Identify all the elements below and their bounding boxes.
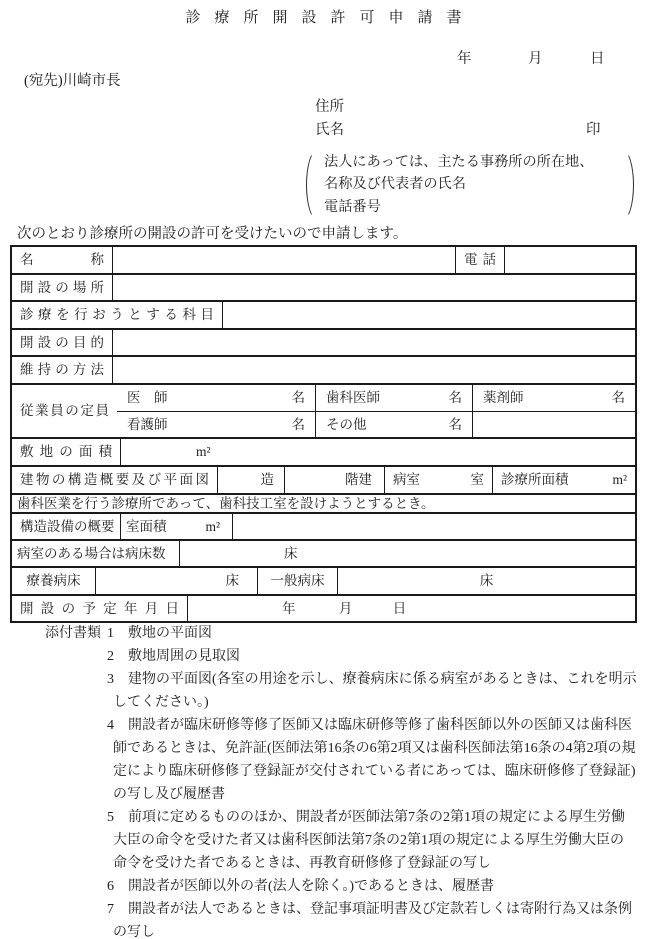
row-dental-note: 歯科医業を行う診療所であって、歯科技工室を設けようとするとき。 [12,493,635,512]
header-year-label: 年 [457,47,472,68]
dental-lab-note: 歯科医業を行う診療所であって、歯科技工室を設けようとするとき。 [12,495,635,512]
nurse-unit: 名 [292,412,306,437]
phone-input-cell[interactable] [504,247,635,273]
page-title: 診療所開設許可申請書 [0,6,647,27]
attachments-section: 添付書類 1敷地の平面図 2敷地周囲の見取図 3建物の平面図(各室の用途を示し、… [45,622,637,939]
dentist-label: 歯科医師 [326,385,380,411]
attachment-number: 1 [110,622,128,645]
purpose-input-cell[interactable] [112,330,635,355]
general-beds-label: 一般病床 [257,568,337,594]
attachment-number: 6 [110,875,128,898]
opening-date-input-cell[interactable]: 年 月 日 [187,596,635,621]
other-staff-count-cell[interactable]: その他 名 [315,412,472,437]
clinic-area-cell[interactable]: 診療所面積 m² [492,467,635,493]
location-label: 開設の場所 [12,275,112,300]
pharmacist-unit: 名 [612,385,626,411]
site-area-input-cell[interactable]: m² [120,439,635,465]
corporate-note-line: 法人にあっては、主たる事務所の所在地、 [324,151,620,173]
corporate-note-line: 電話番号 [324,196,620,218]
floors-suffix: 階建 [345,472,372,487]
site-area-label: 敷地の面積 [12,439,120,465]
pharmacist-label: 薬剤師 [483,385,524,411]
row-location: 開設の場所 [12,273,635,300]
staff-empty-cell [472,412,635,437]
nurse-count-cell[interactable]: 看護師 名 [117,412,315,437]
phone-label: 電話 [455,247,504,273]
attachment-number: 5 [110,806,128,829]
row-name: 名称 電話 [12,247,635,273]
attachment-text: 敷地周囲の見取図 [128,649,240,664]
facility-label: 構造設備の概要 [12,514,120,539]
staff-row-2: 看護師 名 その他 名 [117,411,635,437]
staff-grid: 医 師 名 歯科医師 名 薬剤師 名 看護師 名 [117,385,635,437]
maintenance-input-cell[interactable] [112,357,635,383]
building-ward-cell[interactable]: 病室 室 [384,467,492,493]
applicant-name-label: 氏名 [315,118,344,139]
attachment-item-5: 5前項に定めるもののほか、開設者が医師法第7条の2第1項の規定による厚生労働大臣… [45,806,637,875]
intro-sentence: 次のとおり診療所の開設の許可を受けたいので申請します。 [17,222,407,243]
facility-input-cell[interactable] [232,514,635,539]
building-floors-cell[interactable]: 階建 [284,467,384,493]
attachment-item-4: 4開設者が臨床研修等修了医師又は臨床研修等修了歯科医師以外の医師又は歯科医師であ… [45,714,637,806]
attachment-text: 開設者が医師以外の者(法人を除く。)であるときは、履歴書 [128,879,494,894]
header-month-label: 月 [528,47,543,68]
clinic-area-unit: m² [612,467,627,493]
building-structure-cell[interactable]: 造 [217,467,284,493]
name-input-cell[interactable] [112,247,455,273]
row-facility: 構造設備の概要 室面積 m² [12,512,635,539]
corporate-note-line: 名称及び代表者の氏名 [324,173,620,195]
care-beds-label: 療養病床 [12,568,95,594]
building-label: 建物の構造概要及び平面図 [12,467,217,493]
addressee: (宛先)川崎市長 [24,69,121,90]
care-beds-unit: 床 [226,573,240,588]
maintenance-label: 維持の方法 [12,357,112,383]
attachment-item-3: 3建物の平面図(各室の用途を示し、療養病床に係る病室があるときは、これを明示して… [45,668,637,714]
departments-input-cell[interactable] [222,302,635,328]
purpose-label: 開設の目的 [12,330,112,355]
nurse-label: 看護師 [127,412,168,437]
room-area-cell[interactable]: 室面積 m² [120,514,232,539]
attachment-text: 開設者が臨床研修等修了医師又は臨床研修等修了歯科医師以外の医師又は歯科医師である… [113,718,636,802]
room-area-unit: m² [205,514,220,539]
bed-count-unit: 床 [284,546,298,561]
application-form-page: 診療所開設許可申請書 年 月 日 (宛先)川崎市長 住所 氏名 印 法人にあって… [0,0,647,939]
attachment-number: 7 [110,898,128,921]
row-bed-types: 療養病床 床 一般病床 床 [12,566,635,594]
row-opening-date: 開設の予定年月日 年 月 日 [12,594,635,621]
general-beds-unit: 床 [480,573,494,588]
name-label: 名称 [12,247,112,273]
room-area-label: 室面積 [126,514,167,539]
corporate-note: 法人にあっては、主たる事務所の所在地、 名称及び代表者の氏名 電話番号 [324,151,620,218]
bed-count-label: 病室のある場合は病床数 [12,541,179,566]
attachment-number: 4 [110,714,128,737]
seal-mark: 印 [586,118,601,139]
address-label: 住所 [315,95,344,116]
row-bed-count: 病室のある場合は病床数 床 [12,539,635,566]
attachment-number: 3 [110,668,128,691]
attachment-number: 2 [110,645,128,668]
attachment-item-2: 2敷地周囲の見取図 [45,645,637,668]
site-area-unit: m² [196,444,211,459]
row-maintenance: 維持の方法 [12,355,635,383]
row-staff: 従業員の定員 医 師 名 歯科医師 名 薬剤師 名 [12,383,635,437]
row-departments: 診療を行おうとする科目 [12,300,635,328]
dentist-count-cell[interactable]: 歯科医師 名 [315,385,472,411]
structure-suffix: 造 [261,472,275,487]
location-input-cell[interactable] [112,275,635,300]
attachment-item-7: 7開設者が法人であるときは、登記事項証明書及び定款若しくは寄附行為又は条例の写し [45,898,637,939]
staff-row-1: 医 師 名 歯科医師 名 薬剤師 名 [117,385,635,411]
header-day-label: 日 [590,47,605,68]
row-building: 建物の構造概要及び平面図 造 階建 病室 室 診療所面積 m² [12,465,635,493]
form-table: 名称 電話 開設の場所 診療を行おうとする科目 開設の目的 維持の方法 従業員の… [10,245,637,623]
row-purpose: 開設の目的 [12,328,635,355]
general-beds-input-cell[interactable]: 床 [337,568,635,594]
row-site-area: 敷地の面積 m² [12,437,635,465]
pharmacist-count-cell[interactable]: 薬剤師 名 [472,385,635,411]
opening-day-label: 日 [393,601,407,616]
other-staff-label: その他 [326,412,367,437]
attachments-label: 添付書類 [45,622,101,645]
doctor-unit: 名 [292,385,306,411]
attachment-item-6: 6開設者が医師以外の者(法人を除く。)であるときは、履歴書 [45,875,637,898]
care-beds-input-cell[interactable]: 床 [95,568,257,594]
departments-label: 診療を行おうとする科目 [12,302,222,328]
opening-date-label: 開設の予定年月日 [12,596,187,621]
dentist-unit: 名 [449,385,463,411]
attachment-text: 前項に定めるもののほか、開設者が医師法第7条の2第1項の規定による厚生労働大臣の… [113,810,625,871]
attachment-text: 開設者が法人であるときは、登記事項証明書及び定款若しくは寄附行為又は条例の写し [113,902,632,939]
opening-year-label: 年 [282,601,296,616]
bed-count-input-cell[interactable]: 床 [179,541,635,566]
ward-suffix: 室 [471,467,485,493]
ward-label: 病室 [393,467,420,493]
attachment-item-1: 1敷地の平面図 [45,622,637,645]
attachment-text: 建物の平面図(各室の用途を示し、療養病床に係る病室があるときは、これを明示してく… [113,672,637,710]
other-staff-unit: 名 [449,412,463,437]
doctor-count-cell[interactable]: 医 師 名 [117,385,315,411]
clinic-area-label: 診療所面積 [501,467,569,493]
staff-label: 従業員の定員 [12,385,117,437]
opening-month-label: 月 [339,601,353,616]
attachment-text: 敷地の平面図 [128,626,212,641]
doctor-label: 医 師 [127,385,168,411]
